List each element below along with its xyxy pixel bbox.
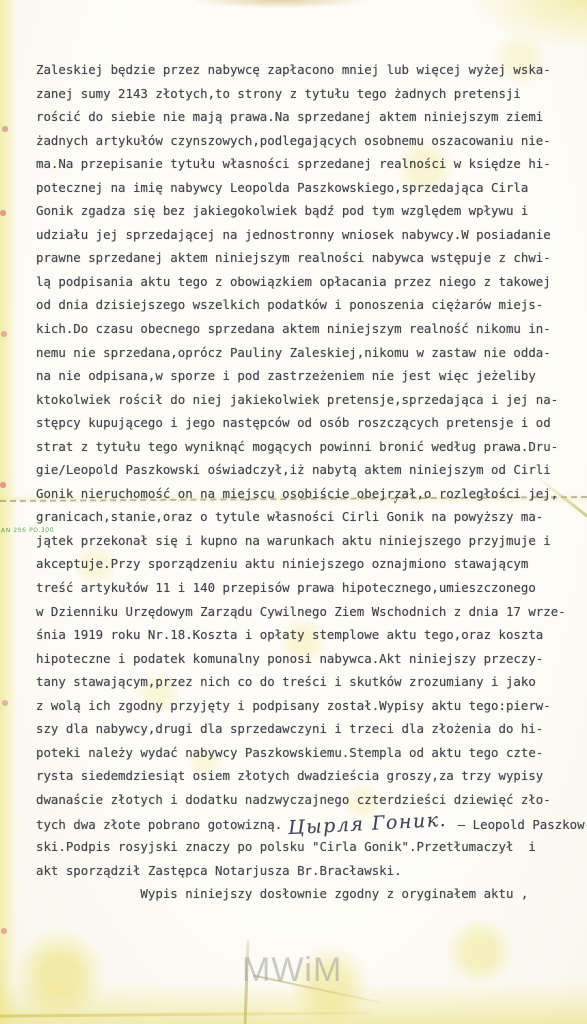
- signature-line-pre: tych dwa złote pobrano gotowizną.: [36, 817, 282, 832]
- typewritten-line: ma.Na przepisanie tytułu własności sprze…: [36, 152, 581, 176]
- typewritten-line: hipoteczne i podatek komunalny ponosi na…: [36, 647, 581, 671]
- typewritten-line: udziału jej sprzedającej na jednostronny…: [36, 223, 581, 247]
- typewritten-line: strat z tytułu tego wyniknąć mogących po…: [36, 435, 581, 459]
- typewritten-line: śnia 1919 roku Nr.18.Koszta i opłaty ste…: [36, 623, 581, 647]
- typewritten-line: stępcy kupującego i jego następców od os…: [36, 411, 581, 435]
- typewritten-line: od dnia dzisiejszego wszelkich podatków …: [36, 293, 581, 317]
- typewritten-line: Gonik zgadza się bez jakiegokolwiek bądź…: [36, 199, 581, 223]
- typewritten-line: żadnych artykułów czynszowych,podlegając…: [36, 129, 581, 153]
- typewritten-line: z wolą ich zgodny przyjęty i podpisany z…: [36, 694, 581, 718]
- typewritten-line: potecznej na imię nabywcy Leopolda Paszk…: [36, 176, 581, 200]
- typewritten-line: ktokolwiek rościł do niej jakiekolwiek p…: [36, 388, 581, 412]
- typewritten-line: akceptuje.Przy sporządzeniu aktu niniejs…: [36, 552, 581, 576]
- top-edge-smudge: [195, 0, 365, 8]
- typewritten-line: lą podpisania aktu tego z obowiązkiem op…: [36, 270, 581, 294]
- typewritten-line: na nie odpisana,w sporze i pod zastrzeże…: [36, 364, 581, 388]
- typewritten-line: gie/Leopold Paszkowski oświadczył,iż nab…: [36, 458, 581, 482]
- page-edge-yellowing-top-right: [467, 0, 587, 50]
- page-edge-yellowing-left: [0, 0, 18, 1024]
- typewritten-line: nemu nie sprzedana,oprócz Pauliny Zalesk…: [36, 341, 581, 365]
- typewritten-text-block: Zaleskiej będzie przez nabywcę zapłacono…: [36, 58, 581, 906]
- typewritten-line: jątek przekonał się i kupno na warunkach…: [36, 529, 581, 553]
- watermark: MWiM: [242, 951, 342, 990]
- typewritten-line: w Dzienniku Urzędowym Zarządu Cywilnego …: [36, 600, 581, 624]
- typewritten-line: dwanaście złotych i dodatku nadzwyczajne…: [36, 788, 581, 812]
- typewritten-line: Wypis niniejszy dosłownie zgodny z orygi…: [36, 882, 581, 906]
- typewritten-line: tany stawającym,przez nich co do treści …: [36, 670, 581, 694]
- typewritten-line: tych dwa złote pobrano gotowizną.Цырля Г…: [36, 812, 581, 836]
- typewritten-line: granicach,stanie,oraz o tytule własności…: [36, 505, 581, 529]
- typewritten-line: zanej sumy 2143 złotych,to strony z tytu…: [36, 82, 581, 106]
- signature-line-post: — Leopold Paszkow-: [450, 817, 587, 832]
- typewritten-line: treść artykułów 11 i 140 przepisów prawa…: [36, 576, 581, 600]
- typewritten-line: akt sporządził Zastępca Notarjusza Br.Br…: [36, 859, 581, 883]
- typewritten-line: rościć do siebie nie mają prawa.Na sprze…: [36, 105, 581, 129]
- typewritten-line: kich.Do czasu obecnego sprzedana aktem n…: [36, 317, 581, 341]
- document-page: ✓ AN 256 PO.300 Zaleskiej będzie przez n…: [0, 0, 587, 1024]
- typewritten-line: szy dla nabywcy,drugi dla sprzedawczyni …: [36, 717, 581, 741]
- edge-pink-marks: [4, 0, 6, 2]
- typewritten-line: rysta siedemdziesiąt osiem złotych dwadz…: [36, 764, 581, 788]
- typewritten-line: poteki należy wydać nabywcy Paszkowskiem…: [36, 741, 581, 765]
- typewritten-line: Gonik nieruchomość on na miejscu osobiśc…: [36, 482, 581, 506]
- typewritten-line: Zaleskiej będzie przez nabywcę zapłacono…: [36, 58, 581, 82]
- typewritten-line: prawne sprzedanej aktem niniejszym realn…: [36, 246, 581, 270]
